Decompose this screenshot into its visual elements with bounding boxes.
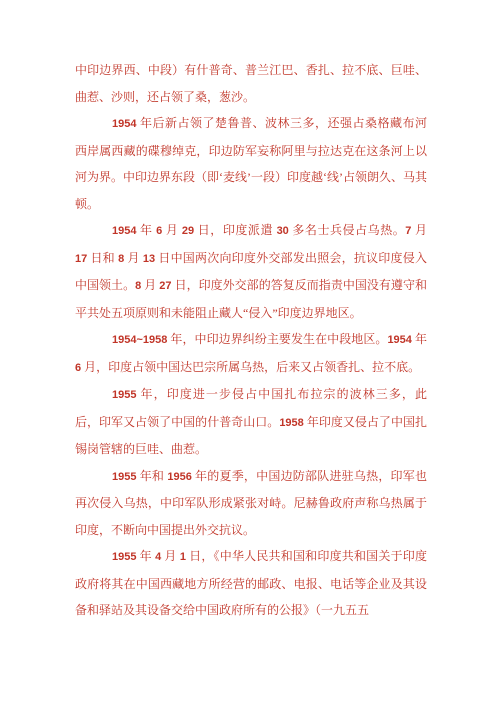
text-run: 年，中印边界纠纷主要发生在中段地区。 (167, 332, 387, 346)
numeral: 1955 (112, 471, 136, 483)
numeral: 30 (277, 225, 289, 237)
text-run: 月 (161, 549, 180, 563)
text-run: 年后新占领了楚鲁普、波林三多，还强占桑格藏布河西岸属西藏的碟穆绰克，印边防军妄称… (75, 116, 427, 211)
numeral: 27 (159, 280, 171, 292)
paragraph: 中印边界西、中段）有什普奇、普兰江巴、香扎、拉不底、巨哇、曲惹、沙则，还占领了桑… (75, 57, 427, 110)
numeral: 1954 (112, 225, 136, 237)
numeral: 1954 (112, 118, 136, 130)
numeral: 1958 (279, 417, 303, 429)
text-run: 年 (136, 549, 155, 563)
text-run: 月 (141, 278, 159, 292)
paragraph: 1954 年后新占领了楚鲁普、波林三多，还强占桑格藏布河西岸属西藏的碟穆绰克，印… (75, 110, 427, 217)
paragraph: 1955 年，印度进一步侵占中国扎布拉宗的波林三多，此后，印军又占领了中国的什普… (75, 381, 427, 463)
document-body: 中印边界西、中段）有什普奇、普兰江巴、香扎、拉不底、巨哇、曲惹、沙则，还占领了桑… (75, 57, 427, 624)
text-run: 月 (162, 223, 182, 237)
text-run: 年和 (136, 469, 167, 483)
text-run: 日，印度派遣 (194, 223, 276, 237)
text-run: 月 (411, 223, 427, 237)
text-run: 中印边界西、中段）有什普奇、普兰江巴、香扎、拉不底、巨哇、曲惹、沙则，还占领了桑… (75, 63, 427, 104)
text-run: 多名士兵侵占乌热。 (289, 223, 405, 237)
numeral: 1955 (112, 551, 136, 563)
paragraph: 1955 年和 1956 年的夏季，中国边防部队进驻乌热，印军也再次侵入乌热，中… (75, 463, 427, 544)
document-page: 中印边界西、中段）有什普奇、普兰江巴、香扎、拉不底、巨哇、曲惹、沙则，还占领了桑… (0, 0, 500, 707)
text-run: 月 (124, 251, 143, 265)
numeral: 17 (75, 253, 87, 265)
text-run: 日和 (87, 251, 118, 265)
numeral: 1954 (387, 334, 411, 346)
text-run: 年 (136, 223, 156, 237)
text-run: 年 (412, 332, 427, 346)
paragraph: 1955 年 4 月 1 日，《中华人民共和国和印度共和国关于印度政府将其在中国… (75, 543, 427, 624)
text-run: 月，印度占领中国达巴宗所属乌热，后来又占领香扎、拉不底。 (81, 360, 420, 374)
numeral: 29 (182, 225, 194, 237)
numeral: 1956 (167, 471, 191, 483)
numeral: 13 (143, 253, 155, 265)
paragraph: 1954~1958 年，中印边界纠纷主要发生在中段地区。1954 年 6 月，印… (75, 326, 427, 381)
numeral: 1955 (112, 389, 136, 401)
numeral: 1954~1958 (112, 334, 167, 346)
paragraph: 1954 年 6 月 29 日，印度派遣 30 多名士兵侵占乌热。7 月 17 … (75, 217, 427, 326)
